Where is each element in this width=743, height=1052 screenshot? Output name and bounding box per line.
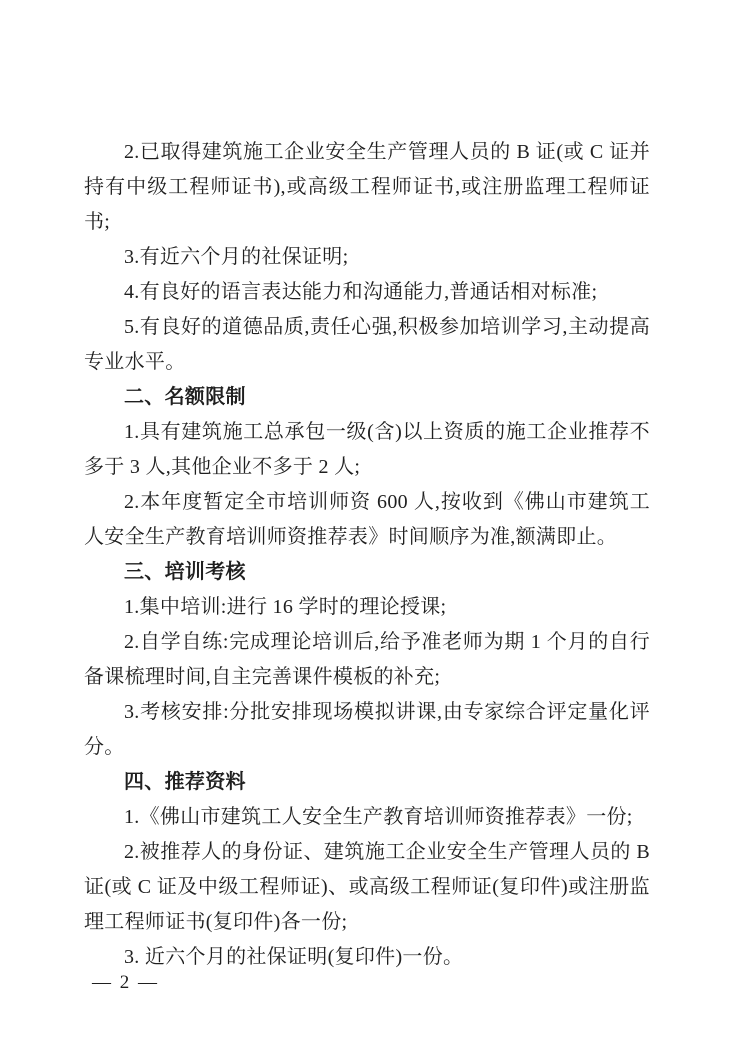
list-item: 3. 近六个月的社保证明(复印件)一份。 [84,940,650,975]
section-heading-quota: 二、名额限制 [84,380,650,415]
list-item: 3.考核安排:分批安排现场模拟讲课,由专家综合评定量化评分。 [84,695,650,765]
document-body: 2.已取得建筑施工企业安全生产管理人员的 B 证(或 C 证并持有中级工程师证书… [84,135,650,975]
list-item: 2.已取得建筑施工企业安全生产管理人员的 B 证(或 C 证并持有中级工程师证书… [84,135,650,240]
section-heading-training: 三、培训考核 [84,555,650,590]
list-item: 1.具有建筑施工总承包一级(含)以上资质的施工企业推荐不多于 3 人,其他企业不… [84,415,650,485]
list-item: 5.有良好的道德品质,责任心强,积极参加培训学习,主动提高专业水平。 [84,310,650,380]
document-page: 2.已取得建筑施工企业安全生产管理人员的 B 证(或 C 证并持有中级工程师证书… [0,0,743,1052]
section-heading-materials: 四、推荐资料 [84,765,650,800]
list-item: 3.有近六个月的社保证明; [84,240,650,275]
list-item: 2.自学自练:完成理论培训后,给予准老师为期 1 个月的自行备课梳理时间,自主完… [84,625,650,695]
list-item: 2.被推荐人的身份证、建筑施工企业安全生产管理人员的 B 证(或 C 证及中级工… [84,835,650,940]
list-item: 2.本年度暂定全市培训师资 600 人,按收到《佛山市建筑工人安全生产教育培训师… [84,485,650,555]
list-item: 1.集中培训:进行 16 学时的理论授课; [84,590,650,625]
page-number: — 2 — [92,972,159,994]
list-item: 1.《佛山市建筑工人安全生产教育培训师资推荐表》一份; [84,800,650,835]
list-item: 4.有良好的语言表达能力和沟通能力,普通话相对标准; [84,275,650,310]
